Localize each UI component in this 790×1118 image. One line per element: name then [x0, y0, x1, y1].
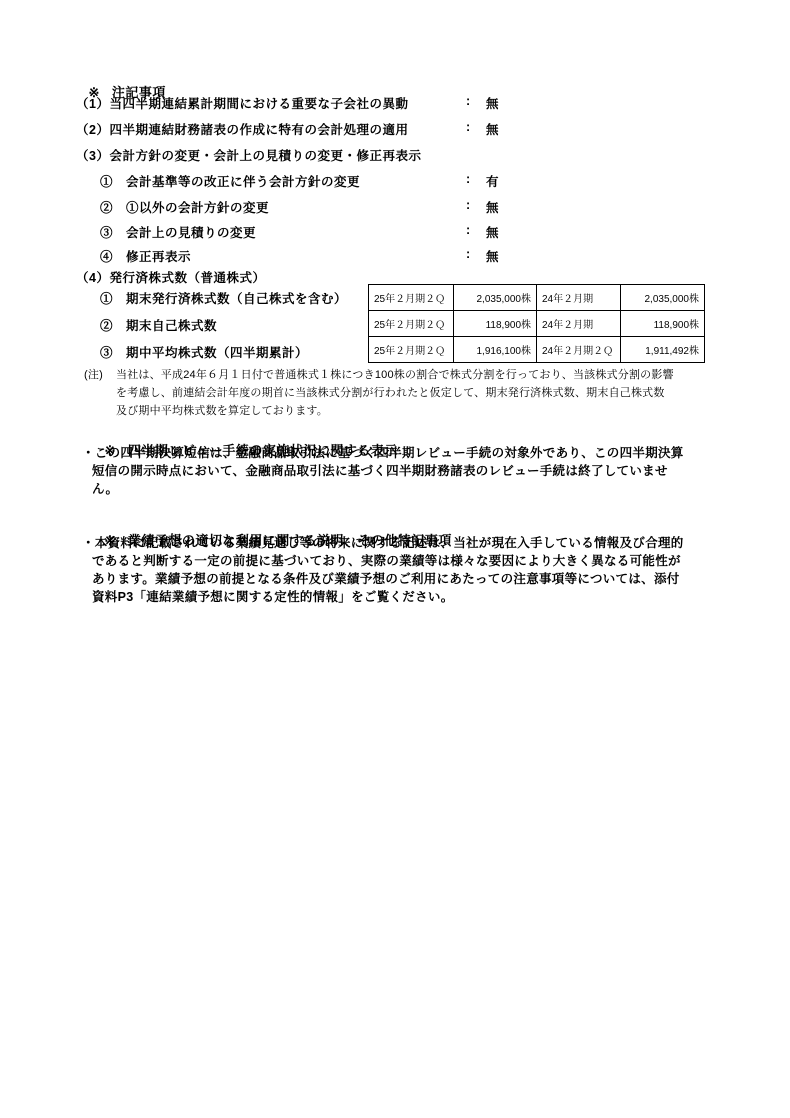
shares-cell-period: 24年２月期 — [537, 285, 621, 311]
shares-note-line-1: 当社は、平成24年６月１日付で普通株式１株につき100株の割合で株式分割を行って… — [116, 366, 674, 382]
note-item-1-value: 無 — [486, 94, 499, 112]
note-item-3-1-colon: : — [466, 172, 470, 186]
shares-row-2-label: ② 期末自己株式数 — [100, 316, 217, 334]
shares-cell-value: 118,900株 — [621, 311, 705, 337]
shares-table: 25年２月期２Ｑ 2,035,000株 24年２月期 2,035,000株 25… — [368, 284, 705, 363]
note-item-3-1-value: 有 — [486, 172, 499, 190]
review-line-1: ・この四半期決算短信は、金融商品取引法に基づく四半期レビュー手続の対象外であり、… — [82, 443, 684, 461]
shares-cell-period: 24年２月期 — [537, 311, 621, 337]
shares-cell-value: 2,035,000株 — [454, 285, 537, 311]
shares-note-line-3: 及び期中平均株式数を算定しております。 — [116, 402, 328, 418]
shares-table-row: 25年２月期２Ｑ 118,900株 24年２月期 118,900株 — [369, 311, 705, 337]
shares-table-row: 25年２月期２Ｑ 1,916,100株 24年２月期２Ｑ 1,911,492株 — [369, 337, 705, 363]
note-item-2-label: （2）四半期連結財務諸表の作成に特有の会計処理の適用 — [76, 120, 408, 138]
note-item-3-4-value: 無 — [486, 247, 499, 265]
forecast-line-2: であると判断する一定の前提に基づいており、実際の業績等は様々な要因により大きく異… — [92, 551, 681, 569]
note-item-3-label: （3）会計方針の変更・会計上の見積りの変更・修正再表示 — [76, 146, 421, 164]
note-item-3-3-label: ③ 会計上の見積りの変更 — [100, 223, 256, 241]
shares-cell-period: 25年２月期２Ｑ — [369, 337, 454, 363]
shares-row-3-label: ③ 期中平均株式数（四半期累計） — [100, 343, 308, 361]
shares-cell-period: 25年２月期２Ｑ — [369, 285, 454, 311]
shares-cell-value: 1,911,492株 — [621, 337, 705, 363]
note-item-3-1-label: ① 会計基準等の改正に伴う会計方針の変更 — [100, 172, 360, 190]
review-line-3: ん。 — [92, 479, 118, 497]
shares-note-label: (注) — [84, 366, 103, 382]
note-item-3-3-colon: : — [466, 223, 470, 237]
forecast-line-4: 資料P3「連結業績予想に関する定性的情報」をご覧ください。 — [92, 587, 454, 605]
shares-note-line-2: を考慮し、前連結会計年度の期首に当該株式分割が行われたと仮定して、期末発行済株式… — [116, 384, 665, 400]
shares-cell-value: 1,916,100株 — [454, 337, 537, 363]
forecast-line-1: ・本資料に記載されている業績見通し等の将来に関する記述は、当社が現在入手している… — [82, 533, 684, 551]
note-item-2-value: 無 — [486, 120, 499, 138]
review-line-2: 短信の開示時点において、金融商品取引法に基づく四半期財務諸表のレビュー手続は終了… — [92, 461, 668, 479]
note-item-3-4-label: ④ 修正再表示 — [100, 247, 191, 265]
forecast-line-3: あります。業績予想の前提となる条件及び業績予想のご利用にあたっての注意事項等につ… — [92, 569, 680, 587]
note-item-3-2-label: ② ①以外の会計方針の変更 — [100, 198, 269, 216]
shares-row-1-label: ① 期末発行済株式数（自己株式を含む） — [100, 289, 347, 307]
note-item-1-label: （1）当四半期連結累計期間における重要な子会社の異動 — [76, 94, 408, 112]
shares-cell-period: 24年２月期２Ｑ — [537, 337, 621, 363]
note-item-4-label: （4）発行済株式数（普通株式） — [76, 268, 265, 286]
note-item-3-2-colon: : — [466, 198, 470, 212]
note-item-2-colon: : — [466, 120, 470, 134]
shares-table-row: 25年２月期２Ｑ 2,035,000株 24年２月期 2,035,000株 — [369, 285, 705, 311]
note-item-3-2-value: 無 — [486, 198, 499, 216]
document-page: ※注記事項 （1）当四半期連結累計期間における重要な子会社の異動 : 無 （2）… — [0, 0, 790, 1118]
note-item-3-3-value: 無 — [486, 223, 499, 241]
shares-cell-value: 118,900株 — [454, 311, 537, 337]
note-item-3-4-colon: : — [466, 247, 470, 261]
shares-cell-value: 2,035,000株 — [621, 285, 705, 311]
shares-cell-period: 25年２月期２Ｑ — [369, 311, 454, 337]
note-item-1-colon: : — [466, 94, 470, 108]
